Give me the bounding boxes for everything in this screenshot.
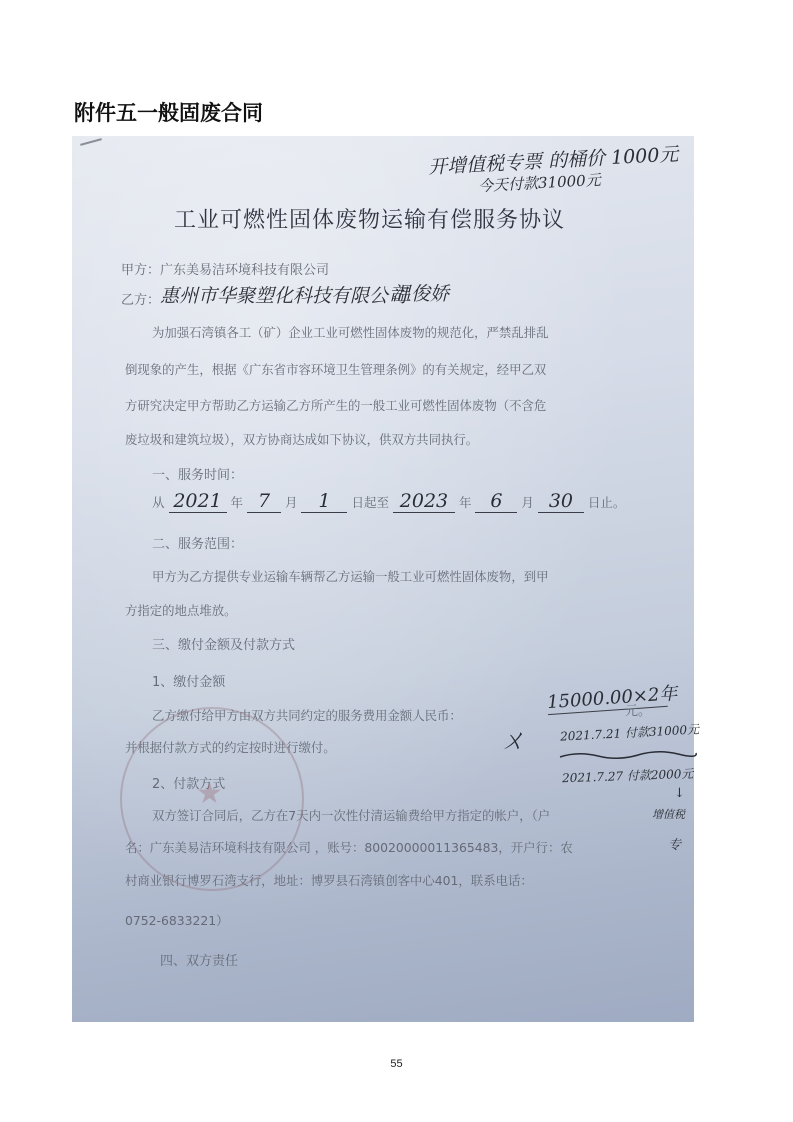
party-a-name: 广东美易洁环境科技有限公司 <box>160 263 329 278</box>
start-year-field: 2021 <box>169 490 227 513</box>
wavy-underline <box>558 749 698 763</box>
party-a-label: 甲方： <box>121 263 160 278</box>
party-a-row: 甲方：广东美易洁环境科技有限公司 <box>121 259 329 278</box>
section4-heading: 四、双方责任 <box>160 950 238 969</box>
section2-heading: 二、服务范围： <box>152 533 243 552</box>
handwritten-scribble: ㄨ <box>500 720 526 757</box>
section2-line-1: 甲方为乙方提供专业运输车辆帮乙方运输一般工业可燃性固体废物，到甲 <box>152 567 549 585</box>
service-period-row: 从 2021 年 7 月 1 日起至 2023 年 6 月 30 日止。 <box>152 490 625 513</box>
page-number: 55 <box>0 1058 793 1070</box>
end-label: 日止。 <box>588 495 626 510</box>
preamble-line-4: 废垃圾和建筑垃圾），双方协商达成如下协议，供双方共同执行。 <box>125 430 478 448</box>
party-b-signature: 温俊娇 <box>392 279 449 306</box>
section1-heading: 一、服务时间： <box>152 464 243 483</box>
party-b-name-handwritten: 惠州市华聚塑化科技有限公司 <box>160 281 407 308</box>
page-heading: 附件五一般固废合同 <box>74 97 263 127</box>
party-b-label: 乙方： <box>121 289 160 308</box>
year-label-1: 年 <box>230 495 243 510</box>
arrow-down-icon: ↓ <box>674 786 685 801</box>
section2-line-2: 方指定的地点堆放。 <box>125 601 237 619</box>
year-label-2: 年 <box>459 495 472 510</box>
from-to-label: 日起至 <box>351 495 389 510</box>
section3-heading: 三、缴付金额及付款方式 <box>152 634 295 653</box>
preamble-line-2: 倒现象的产生，根据《广东省市容环境卫生管理条例》的有关规定，经甲乙双 <box>125 360 546 378</box>
end-day-field: 30 <box>538 490 584 513</box>
preamble-line-1: 为加强石湾镇各工（矿）企业工业可燃性固体废物的规范化，严禁乱排乱 <box>152 323 549 341</box>
handwritten-note-vat: 增值税 <box>652 806 685 822</box>
start-month-field: 7 <box>247 490 281 513</box>
handwritten-note-special: 专 <box>668 834 681 853</box>
contract-title: 工业可燃性固体废物运输有偿服务协议 <box>174 203 565 234</box>
end-month-field: 6 <box>475 490 517 513</box>
end-year-field: 2023 <box>393 490 455 513</box>
month-label-2: 月 <box>521 495 534 510</box>
section3-sub1-heading: 1、缴付金额 <box>152 671 225 690</box>
section3-sub2-line4: 0752-6833221） <box>125 911 229 929</box>
start-day-field: 1 <box>301 490 347 513</box>
month-label-1: 月 <box>285 495 298 510</box>
currency-label: 元。 <box>625 700 651 719</box>
preamble-line-3: 方研究决定甲方帮助乙方运输乙方所产生的一般工业可燃性固体废物（不含危 <box>125 396 546 414</box>
seal-star-icon: ★ <box>196 776 223 811</box>
from-label: 从 <box>152 495 165 510</box>
